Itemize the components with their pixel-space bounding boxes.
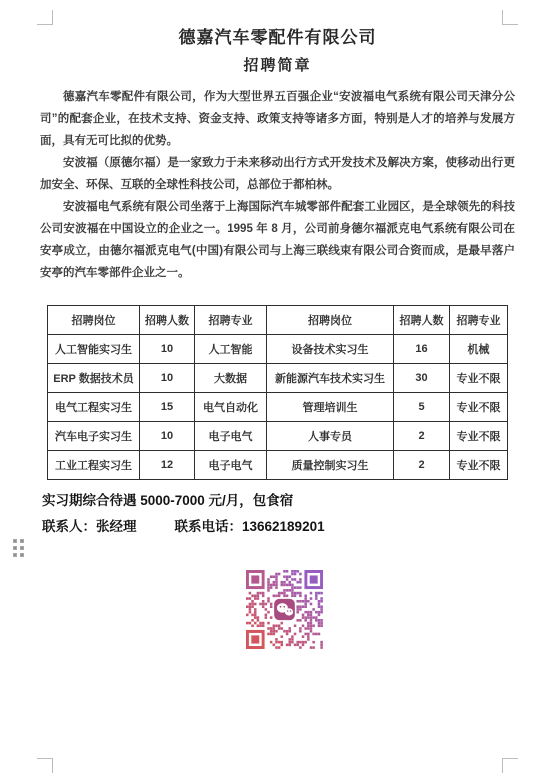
- document-page: 德嘉汽车零配件有限公司 招聘简章 德嘉汽车零配件有限公司，作为大型世界五百强企业…: [0, 0, 555, 783]
- wechat-qr-code: [246, 570, 323, 649]
- margin-corner-mark-bottom-right: [502, 758, 518, 773]
- paragraph-company-intro: 德嘉汽车零配件有限公司，作为大型世界五百强企业“安波福电气系统有限公司天津分公司…: [40, 86, 515, 152]
- table-row: ERP 数据技术员 10 大数据 新能源汽车技术实习生 30 专业不限: [48, 364, 508, 393]
- table-cell: 5: [394, 393, 450, 422]
- table-cell: 10: [140, 422, 195, 451]
- table-cell: 人事专员: [267, 422, 394, 451]
- header-major-2: 招聘专业: [450, 306, 508, 335]
- table-cell: 工业工程实习生: [48, 451, 140, 480]
- table-row: 工业工程实习生 12 电子电气 质量控制实习生 2 专业不限: [48, 451, 508, 480]
- table-cell: 专业不限: [450, 364, 508, 393]
- header-count-2: 招聘人数: [394, 306, 450, 335]
- table-cell: 2: [394, 422, 450, 451]
- intro-paragraphs: 德嘉汽车零配件有限公司，作为大型世界五百强企业“安波福电气系统有限公司天津分公司…: [40, 86, 515, 284]
- table-row: 电气工程实习生 15 电气自动化 管理培训生 5 专业不限: [48, 393, 508, 422]
- page-subtitle: 招聘简章: [0, 55, 555, 77]
- table-cell: 人工智能: [195, 335, 267, 364]
- header-position-2: 招聘岗位: [267, 306, 394, 335]
- paragraph-aptiv-history: 安波福电气系统有限公司坐落于上海国际汽车城零部件配套工业园区，是全球领先的科技公…: [40, 196, 515, 284]
- table-cell: 专业不限: [450, 422, 508, 451]
- contact-person: 联系人：张经理: [42, 519, 137, 534]
- table-cell: 电气工程实习生: [48, 393, 140, 422]
- table-cell: 电气自动化: [195, 393, 267, 422]
- table-cell: 12: [140, 451, 195, 480]
- table-cell: 10: [140, 335, 195, 364]
- table-header-row: 招聘岗位 招聘人数 招聘专业 招聘岗位 招聘人数 招聘专业: [48, 306, 508, 335]
- table-cell: 电子电气: [195, 451, 267, 480]
- page-title: 德嘉汽车零配件有限公司: [0, 27, 555, 49]
- table-cell: 大数据: [195, 364, 267, 393]
- recruitment-table: 招聘岗位 招聘人数 招聘专业 招聘岗位 招聘人数 招聘专业 人工智能实习生 10…: [47, 305, 508, 480]
- contact-line: 联系人：张经理联系电话：13662189201: [42, 517, 555, 537]
- table-cell: 15: [140, 393, 195, 422]
- salary-line: 实习期综合待遇 5000-7000 元/月，包食宿: [42, 491, 555, 511]
- margin-corner-mark-bottom-left: [37, 758, 53, 773]
- table-cell: 机械: [450, 335, 508, 364]
- margin-corner-mark-top-right: [502, 10, 518, 25]
- margin-corner-mark-top-left: [37, 10, 53, 25]
- contact-phone: 联系电话：13662189201: [175, 519, 325, 534]
- table-cell: 设备技术实习生: [267, 335, 394, 364]
- table-cell: 专业不限: [450, 393, 508, 422]
- table-row: 汽车电子实习生 10 电子电气 人事专员 2 专业不限: [48, 422, 508, 451]
- drag-handle-icon[interactable]: [13, 539, 24, 557]
- table-cell: ERP 数据技术员: [48, 364, 140, 393]
- table-cell: 电子电气: [195, 422, 267, 451]
- table-cell: 10: [140, 364, 195, 393]
- table-cell: 质量控制实习生: [267, 451, 394, 480]
- table-cell: 16: [394, 335, 450, 364]
- header-major-1: 招聘专业: [195, 306, 267, 335]
- table-cell: 新能源汽车技术实习生: [267, 364, 394, 393]
- table-cell: 2: [394, 451, 450, 480]
- table-cell: 专业不限: [450, 451, 508, 480]
- table-cell: 管理培训生: [267, 393, 394, 422]
- table-cell: 汽车电子实习生: [48, 422, 140, 451]
- table-cell: 人工智能实习生: [48, 335, 140, 364]
- header-position-1: 招聘岗位: [48, 306, 140, 335]
- paragraph-aptiv-intro: 安波福（原德尔福）是一家致力于未来移动出行方式开发技术及解决方案，使移动出行更加…: [40, 152, 515, 196]
- table-row: 人工智能实习生 10 人工智能 设备技术实习生 16 机械: [48, 335, 508, 364]
- header-count-1: 招聘人数: [140, 306, 195, 335]
- table-cell: 30: [394, 364, 450, 393]
- wechat-icon: [246, 570, 323, 649]
